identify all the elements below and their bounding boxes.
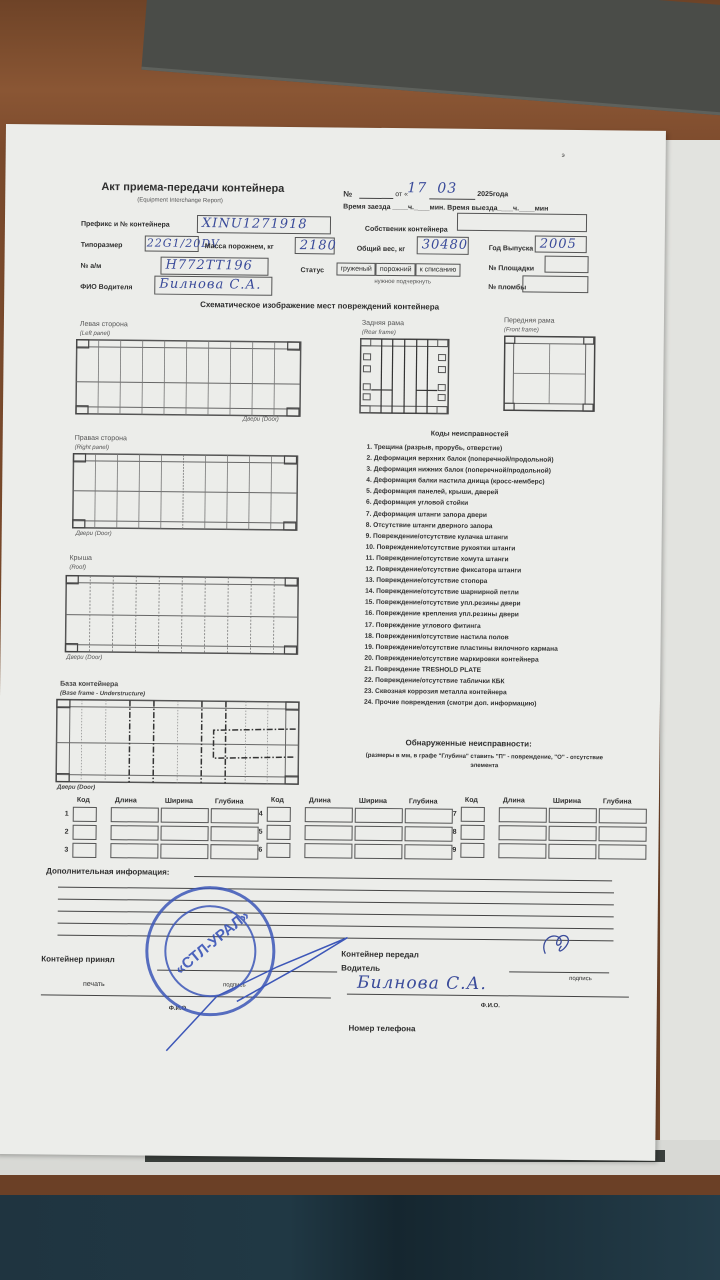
base-frame-diagram[interactable] xyxy=(55,699,300,786)
rear-frame-label: Задняя рама xyxy=(362,320,404,327)
defect-code-field[interactable] xyxy=(266,843,290,858)
defects-found-heading: Обнаруженные неисправности: xyxy=(405,738,531,748)
date-line xyxy=(429,198,475,199)
date-suffix: 2025года xyxy=(477,191,508,198)
front-frame-label: Передняя рама xyxy=(504,317,555,325)
roof-diagram[interactable] xyxy=(64,575,299,655)
date-day[interactable]: 17 xyxy=(403,180,427,195)
type-size-field[interactable]: 22G1/20DV xyxy=(145,235,199,252)
rear-frame-label-en: (Rear frame) xyxy=(362,330,396,336)
site-number-field[interactable] xyxy=(544,256,588,273)
receiver-signature-stroke xyxy=(156,926,357,1058)
additional-info-line-4[interactable] xyxy=(58,911,614,918)
number-label: № xyxy=(343,190,352,199)
equipment-interchange-report: э Акт приема-передачи контейнера (Equipm… xyxy=(0,124,666,1161)
column-header-depth: Глубина xyxy=(409,798,438,805)
row-number: 1 xyxy=(65,811,69,818)
vehicle-number-field[interactable]: Н772ТТ196 xyxy=(160,257,268,276)
defect-width-field[interactable] xyxy=(354,844,402,860)
defect-width-field[interactable] xyxy=(355,808,403,824)
defect-width-field[interactable] xyxy=(548,844,596,860)
seal-number-field[interactable] xyxy=(522,275,588,293)
defect-depth-field[interactable] xyxy=(599,808,647,824)
driver-fio-line[interactable] xyxy=(347,994,629,998)
base-frame-label-en: (Base frame - Understructure) xyxy=(60,691,145,698)
document-title: Акт приема-передачи контейнера xyxy=(101,181,284,195)
additional-info-line-3[interactable] xyxy=(58,899,614,906)
container-received-label: Контейнер принял xyxy=(41,954,115,964)
defect-code-field[interactable] xyxy=(461,807,485,822)
status-options: груженыйпорожнийк списанию xyxy=(336,257,460,276)
defect-width-field[interactable] xyxy=(161,808,209,824)
defect-length-field[interactable] xyxy=(499,807,547,823)
tare-weight-label: Масса порожнем, кг xyxy=(205,243,274,251)
defect-code-field[interactable] xyxy=(267,807,291,822)
additional-info-line-1[interactable] xyxy=(194,876,612,881)
number-line[interactable] xyxy=(359,198,393,199)
base-frame-door-label: Двери (Door) xyxy=(57,785,95,791)
site-number-label: № Площадки xyxy=(488,265,534,272)
roof-label-en: (Roof) xyxy=(69,565,86,571)
status-option-writeoff[interactable]: к списанию xyxy=(416,263,461,276)
status-label: Статус xyxy=(300,267,324,274)
defect-width-field[interactable] xyxy=(549,826,597,842)
background-clothing xyxy=(0,1195,720,1280)
document-subtitle: (Equipment Interchange Report) xyxy=(137,197,223,204)
row-number: 3 xyxy=(64,847,68,854)
row-number: 2 xyxy=(65,829,69,836)
defect-length-field[interactable] xyxy=(111,807,159,823)
defect-width-field[interactable] xyxy=(549,808,597,824)
left-panel-door-label: Двери (Door) xyxy=(243,416,279,422)
row-number: 4 xyxy=(259,811,263,818)
defect-code-field[interactable] xyxy=(72,843,96,858)
owner-label: Собственик контейнера xyxy=(365,226,448,234)
defect-length-field[interactable] xyxy=(305,807,353,823)
driver-sign-label: подпись xyxy=(569,976,592,982)
defect-depth-field[interactable] xyxy=(599,826,647,842)
rear-frame-diagram[interactable] xyxy=(359,338,450,415)
defect-depth-field[interactable] xyxy=(211,826,259,842)
gross-weight-field[interactable]: 30480 xyxy=(417,236,469,255)
right-panel-label-en: (Right panel) xyxy=(75,445,109,451)
defect-width-field[interactable] xyxy=(355,826,403,842)
defect-depth-field[interactable] xyxy=(598,844,646,860)
driver-name-handwritten[interactable]: Билнова С.А. xyxy=(353,974,487,993)
front-frame-diagram[interactable] xyxy=(503,335,596,412)
roof-label: Крыша xyxy=(69,555,92,562)
defect-length-field[interactable] xyxy=(110,843,158,859)
row-number: 8 xyxy=(453,829,457,836)
defect-length-field[interactable] xyxy=(305,825,353,841)
defect-codes-heading: Коды неисправностей xyxy=(431,430,509,438)
defect-code-field[interactable] xyxy=(460,843,484,858)
defect-length-field[interactable] xyxy=(499,825,547,841)
left-panel-label: Левая сторона xyxy=(80,321,128,329)
defect-code-field[interactable] xyxy=(461,825,485,840)
type-size-label: Типоразмер xyxy=(81,242,123,249)
right-panel-door-label: Двери (Door) xyxy=(76,531,112,537)
defect-code-field[interactable] xyxy=(73,825,97,840)
column-header-width: Ширина xyxy=(553,798,581,805)
stamp-label: печать xyxy=(83,981,105,988)
defect-codes-list: 1. Трещина (разрыв, прорубь, отверстие)2… xyxy=(364,444,560,712)
defect-width-field[interactable] xyxy=(161,826,209,842)
right-panel-label: Правая сторона xyxy=(75,435,127,443)
defect-length-field[interactable] xyxy=(111,825,159,841)
defect-length-field[interactable] xyxy=(304,843,352,859)
year-field[interactable]: 2005 xyxy=(535,236,587,254)
column-header-depth: Глубина xyxy=(215,798,244,805)
column-header-code: Код xyxy=(271,797,284,804)
owner-field[interactable] xyxy=(457,213,587,232)
container-prefix-field[interactable]: XINU1271918 xyxy=(197,215,331,234)
additional-info-line-2[interactable] xyxy=(58,887,614,894)
left-panel-diagram[interactable] xyxy=(75,339,302,417)
seal-number-label: № пломбы xyxy=(488,284,526,291)
date-month[interactable]: 03 xyxy=(433,180,457,195)
container-prefix-label: Префикс и № контейнера xyxy=(81,221,170,229)
driver-name-label: ФИО Водителя xyxy=(80,284,132,292)
row-number: 5 xyxy=(259,829,263,836)
base-frame-label: База контейнера xyxy=(60,681,118,689)
driver-fio-label: Ф.И.О. xyxy=(481,1003,500,1009)
driver-signature-mark xyxy=(537,930,577,960)
driver-name-field[interactable]: Билнова С.А. xyxy=(154,276,272,296)
left-panel-label-en: (Left panel) xyxy=(80,331,110,337)
column-header-length: Длина xyxy=(115,797,137,804)
row-number: 7 xyxy=(453,811,457,818)
defect-depth-field[interactable] xyxy=(210,844,258,860)
defect-code-field[interactable] xyxy=(73,807,97,822)
gross-weight-label: Общий вес, кг xyxy=(357,246,406,254)
defect-length-field[interactable] xyxy=(498,843,546,859)
column-header-length: Длина xyxy=(503,797,525,804)
front-frame-label-en: (Front frame) xyxy=(504,327,539,333)
defect-depth-field[interactable] xyxy=(405,808,453,824)
column-header-length: Длина xyxy=(309,797,331,804)
defects-found-note: (размеры в мм, в графе "Глубина" ставить… xyxy=(359,752,609,773)
defect-depth-field[interactable] xyxy=(404,844,452,860)
driver-sign-line[interactable] xyxy=(509,971,609,973)
row-number: 6 xyxy=(258,847,262,854)
right-panel-diagram[interactable] xyxy=(72,453,299,531)
column-header-width: Ширина xyxy=(359,798,387,805)
time-in-out-label: Время заезда ____ч.____мин. Время выезда… xyxy=(343,204,548,213)
row-number: 9 xyxy=(452,847,456,854)
paper-stack-edge xyxy=(660,140,720,1140)
column-header-depth: Глубина xyxy=(603,798,632,805)
phone-label: Номер телефона xyxy=(349,1024,416,1034)
defect-depth-field[interactable] xyxy=(405,826,453,842)
vehicle-number-label: № а/м xyxy=(80,263,101,270)
year-label: Год Выпуска xyxy=(489,245,534,252)
column-header-width: Ширина xyxy=(165,798,193,805)
schematic-heading: Схематическое изображение мест поврежден… xyxy=(200,300,439,312)
column-header-code: Код xyxy=(77,797,90,804)
roof-door-label: Двери (Door) xyxy=(66,655,102,661)
driver-label: Водитель xyxy=(341,964,380,973)
status-option-loaded[interactable]: груженый xyxy=(336,262,375,275)
status-option-empty[interactable]: порожний xyxy=(376,263,416,276)
defect-width-field[interactable] xyxy=(160,844,208,860)
additional-info-label: Дополнительная информация: xyxy=(46,866,169,876)
container-handed-label: Контейнер передал xyxy=(341,950,419,960)
defect-code-field[interactable] xyxy=(267,825,291,840)
tare-weight-field[interactable]: 2180 xyxy=(295,237,335,254)
defect-code-item: 24. Прочие повреждения (смотри доп. инфо… xyxy=(364,699,557,712)
status-note: нужное подчеркнуть xyxy=(374,279,431,286)
column-header-code: Код xyxy=(465,797,478,804)
page-mark: э xyxy=(562,153,565,159)
defect-depth-field[interactable] xyxy=(211,808,259,824)
